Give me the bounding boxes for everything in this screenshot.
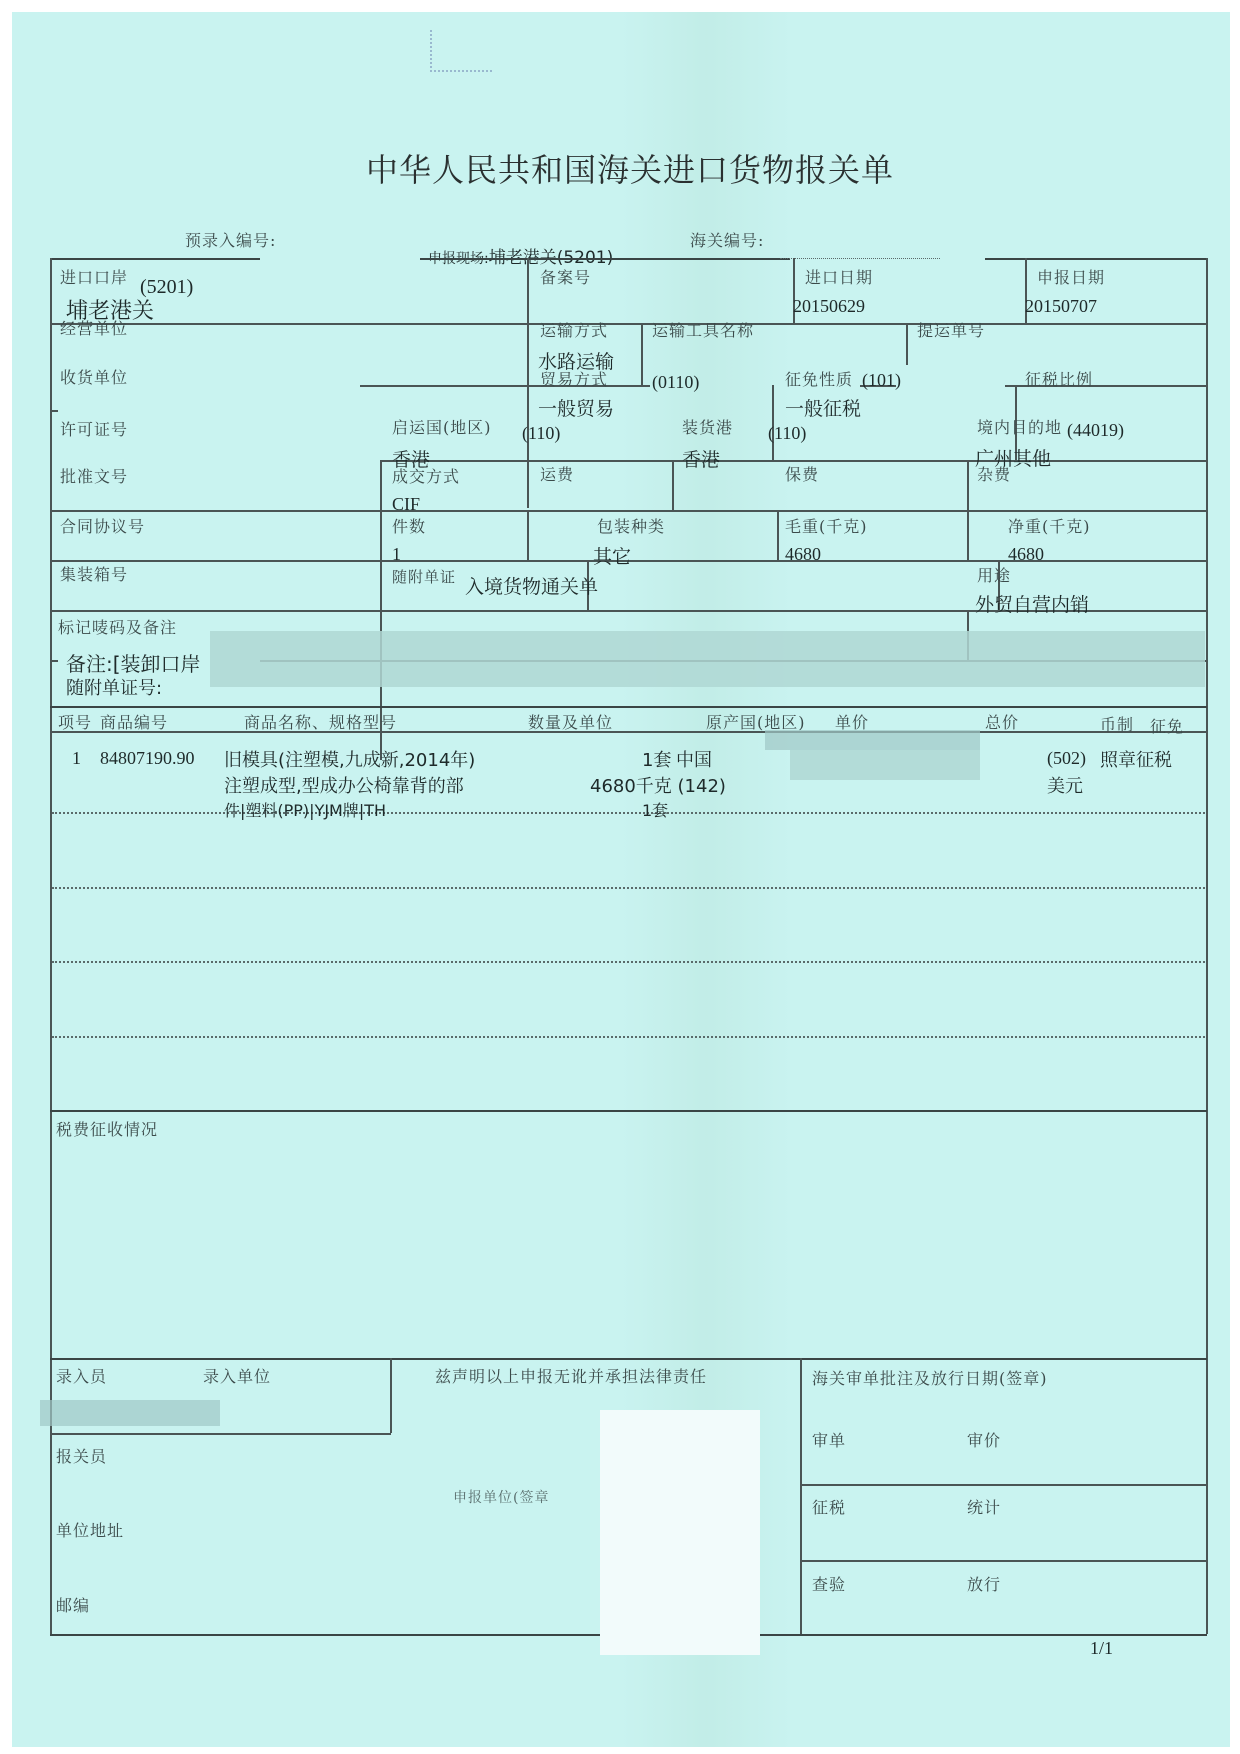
- trade-mode-code: (0110): [652, 372, 699, 393]
- gross-weight-value: 4680: [785, 544, 821, 565]
- postcode-label: 邮编: [56, 1593, 90, 1616]
- goods-item-no: 1: [72, 748, 81, 769]
- transport-name-label: 运输工具名称: [652, 318, 754, 341]
- package-type-label: 包装种类: [597, 514, 665, 537]
- goods-qty-line-1: 1套: [642, 746, 671, 772]
- goods-name-line-3: 件|塑料(PP)|YJM牌|TH: [224, 798, 386, 821]
- bill-of-lading-label: 提运单号: [917, 318, 985, 341]
- destination-label: 境内目的地: [977, 415, 1062, 438]
- redacted-prices-a: [765, 730, 980, 750]
- business-unit-label: 经营单位: [60, 316, 128, 339]
- transport-mode-label: 运输方式: [540, 318, 608, 341]
- col-name-spec: 商品名称、规格型号: [244, 710, 397, 733]
- price-review-label: 审价: [967, 1428, 1001, 1451]
- license-no-label: 许可证号: [60, 417, 128, 440]
- marks-label: 标记唛码及备注: [58, 615, 177, 638]
- loading-port-value: 香港: [682, 445, 720, 472]
- usage-label: 用途: [977, 563, 1011, 586]
- approval-no-label: 批准文号: [60, 464, 128, 487]
- origin-country-code: (110): [522, 423, 560, 444]
- col-levy: 征免: [1150, 714, 1184, 737]
- package-type-value: 其它: [593, 542, 631, 569]
- stamp-mark: [430, 30, 492, 72]
- usage-value: 外贸自营内销: [975, 590, 1089, 617]
- misc-fee-label: 杂费: [977, 462, 1011, 485]
- remark-line-1: 备注:[装卸口岸: [66, 648, 201, 677]
- declare-date-label: 申报日期: [1037, 265, 1105, 288]
- goods-levy: 照章征税: [1100, 746, 1172, 772]
- page-indicator: 1/1: [1090, 1638, 1113, 1659]
- broker-label: 报关员: [56, 1444, 107, 1467]
- entry-clerk-label: 录入员: [56, 1364, 107, 1387]
- origin-country-label: 启运国(地区): [392, 415, 492, 438]
- record-no-label: 备案号: [540, 265, 591, 288]
- entry-unit-label: 录入单位: [203, 1364, 271, 1387]
- declare-date-value: 20150707: [1025, 296, 1097, 317]
- deal-mode-label: 成交方式: [392, 464, 460, 487]
- declaration-statement: 兹声明以上申报无讹并承担法律责任: [435, 1364, 707, 1387]
- goods-qty-line-2: 4680千克 (142): [590, 772, 726, 798]
- customs-no-label: 海关编号:: [690, 228, 764, 251]
- import-port-label: 进口口岸: [60, 265, 128, 288]
- levy-nature-value: 一般征税: [785, 394, 861, 421]
- contract-no-label: 合同协议号: [60, 514, 145, 537]
- pre-entry-no-label: 预录入编号:: [185, 228, 276, 251]
- goods-name-line-2: 注塑成型,型成办公椅靠背的部: [224, 772, 464, 798]
- freight-label: 运费: [540, 462, 574, 485]
- unit-address-label: 单位地址: [56, 1518, 124, 1541]
- import-date-label: 进口日期: [805, 265, 873, 288]
- statistics-label: 统计: [967, 1495, 1001, 1518]
- goods-currency-code: (502): [1047, 748, 1086, 769]
- tax-collection-label: 税费征收情况: [56, 1117, 158, 1140]
- loading-port-label: 装货港: [682, 415, 733, 438]
- col-quantity: 数量及单位: [528, 710, 613, 733]
- gross-weight-label: 毛重(千克): [785, 514, 868, 537]
- release-label: 放行: [967, 1572, 1001, 1595]
- document-title: 中华人民共和国海关进口货物报关单: [366, 145, 894, 191]
- goods-qty-line-3: 1套: [642, 798, 668, 821]
- col-currency: 币制: [1100, 712, 1134, 735]
- col-hs-code: 商品编号: [100, 710, 168, 733]
- loading-port-code: (110): [768, 423, 806, 444]
- container-no-label: 集装箱号: [60, 562, 128, 585]
- redacted-stamp-area: [600, 1410, 760, 1655]
- packages-value: 1: [392, 544, 401, 565]
- goods-origin: 中国: [676, 746, 712, 772]
- net-weight-value: 4680: [1008, 544, 1044, 565]
- remark-line-2: 随附单证号:: [66, 674, 162, 700]
- goods-hs-code: 84807190.90: [100, 748, 195, 769]
- trade-mode-label: 贸易方式: [540, 367, 608, 390]
- levy-nature-label: 征免性质: [785, 367, 853, 390]
- redacted-remarks: [210, 631, 1205, 687]
- deal-mode-value: CIF: [392, 494, 420, 515]
- trade-mode-value: 一般贸易: [538, 394, 614, 421]
- consignee-label: 收货单位: [60, 365, 128, 388]
- redacted-prices-b: [790, 750, 980, 780]
- inspection-label: 查验: [812, 1572, 846, 1595]
- packages-label: 件数: [392, 514, 426, 537]
- redacted-entry-clerk: [40, 1400, 220, 1426]
- net-weight-label: 净重(千克): [1008, 514, 1091, 537]
- levy-ratio-label: 征税比例: [1025, 367, 1093, 390]
- import-date-value: 20150629: [793, 296, 865, 317]
- destination-code: (44019): [1067, 420, 1124, 441]
- attached-docs-label: 随附单证: [392, 566, 456, 587]
- levy-nature-code: (101): [862, 370, 901, 391]
- goods-currency-name: 美元: [1047, 772, 1083, 798]
- col-item-no: 项号: [58, 710, 92, 733]
- attached-docs-value: 入境货物通关单: [465, 572, 598, 599]
- review-label: 审单: [812, 1428, 846, 1451]
- customs-approval-label: 海关审单批注及放行日期(签章): [812, 1366, 1048, 1389]
- col-total-price: 总价: [985, 710, 1019, 733]
- goods-name-line-1: 旧模具(注塑模,九成新,2014年): [224, 746, 475, 772]
- insurance-label: 保费: [785, 462, 819, 485]
- declare-unit-sign-label: 申报单位(签章: [453, 1487, 549, 1507]
- levy-label: 征税: [812, 1495, 846, 1518]
